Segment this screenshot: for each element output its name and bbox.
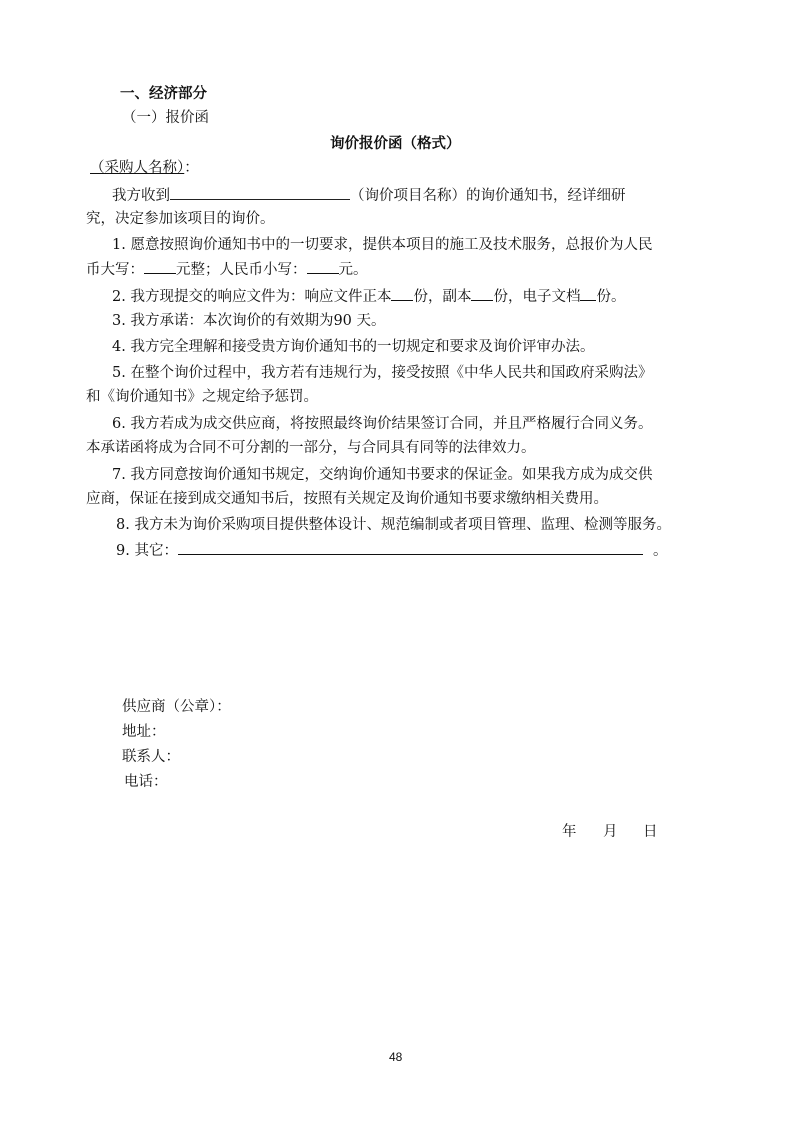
section-subheading: （一）报价函 xyxy=(122,108,209,128)
contact-label: 联系人： xyxy=(122,747,180,767)
intro-line-2: 究，决定参加该项目的询价。 xyxy=(86,209,275,229)
item-1-line-1: 1. 愿意按照询价通知书中的一切要求，提供本项目的施工及技术服务，总报价为人民 xyxy=(112,235,652,255)
item-7-line-2: 应商，保证在接到成交通知书后，按照有关规定及询价通知书要求缴纳相关费用。 xyxy=(86,489,608,509)
electronic-copies-blank[interactable] xyxy=(580,286,596,301)
item-6-line-2: 本承诺函将成为合同不可分割的一部分，与合同具有同等的法律效力。 xyxy=(86,438,536,458)
phone-label: 电话： xyxy=(124,772,168,792)
date-month-label: 月 xyxy=(603,822,618,842)
amount-words-blank[interactable] xyxy=(144,259,176,274)
item-7-line-1: 7. 我方同意按询价通知书规定，交纳询价通知书要求的保证金。如果我方成为成交供 xyxy=(112,465,652,485)
item-6-line-1: 6. 我方若成为成交供应商，将按照最终询价结果签订合同，并且严格履行合同义务。 xyxy=(112,414,652,434)
date-day-label: 日 xyxy=(643,822,658,842)
form-title: 询价报价函（格式） xyxy=(330,134,461,154)
item-1-line-2: 币大写：元整；人民币小写：元。 xyxy=(86,259,368,280)
date-year-label: 年 xyxy=(562,822,577,842)
intro-line-1: 我方收到（询价项目名称）的询价通知书，经详细研 xyxy=(112,185,626,206)
address-label: 地址： xyxy=(122,722,166,742)
addressee-line: （采购人名称）： xyxy=(86,158,199,178)
original-copies-blank[interactable] xyxy=(391,286,413,301)
page-number: 48 xyxy=(389,1050,402,1064)
item-8: 8. 我方未为询价采购项目提供整体设计、规范编制或者项目管理、监理、检测等服务。 xyxy=(116,515,671,535)
item-9: 9. 其它：。 xyxy=(116,540,667,561)
item-5-line-1: 5. 在整个询价过程中，我方若有违规行为，接受按照《中华人民共和国政府采购法》 xyxy=(112,363,652,383)
duplicate-copies-blank[interactable] xyxy=(471,286,493,301)
amount-figures-blank[interactable] xyxy=(307,259,339,274)
section-heading: 一、经济部分 xyxy=(120,84,207,104)
item-4: 4. 我方完全理解和接受贵方询价通知书的一切规定和要求及询价评审办法。 xyxy=(112,337,594,357)
item-3: 3. 我方承诺：本次询价的有效期为90 天。 xyxy=(112,311,386,331)
addressee-colon: ： xyxy=(184,160,199,176)
other-remarks-blank[interactable] xyxy=(178,540,643,555)
project-name-blank[interactable] xyxy=(170,185,350,200)
supplier-seal-label: 供应商（公章）： xyxy=(122,697,231,717)
item-5-line-2: 和《询价通知书》之规定给予惩罚。 xyxy=(86,387,318,407)
addressee-name: （采购人名称） xyxy=(86,160,184,176)
item-2: 2. 我方现提交的响应文件为：响应文件正本份，副本份，电子文档份。 xyxy=(112,286,625,307)
